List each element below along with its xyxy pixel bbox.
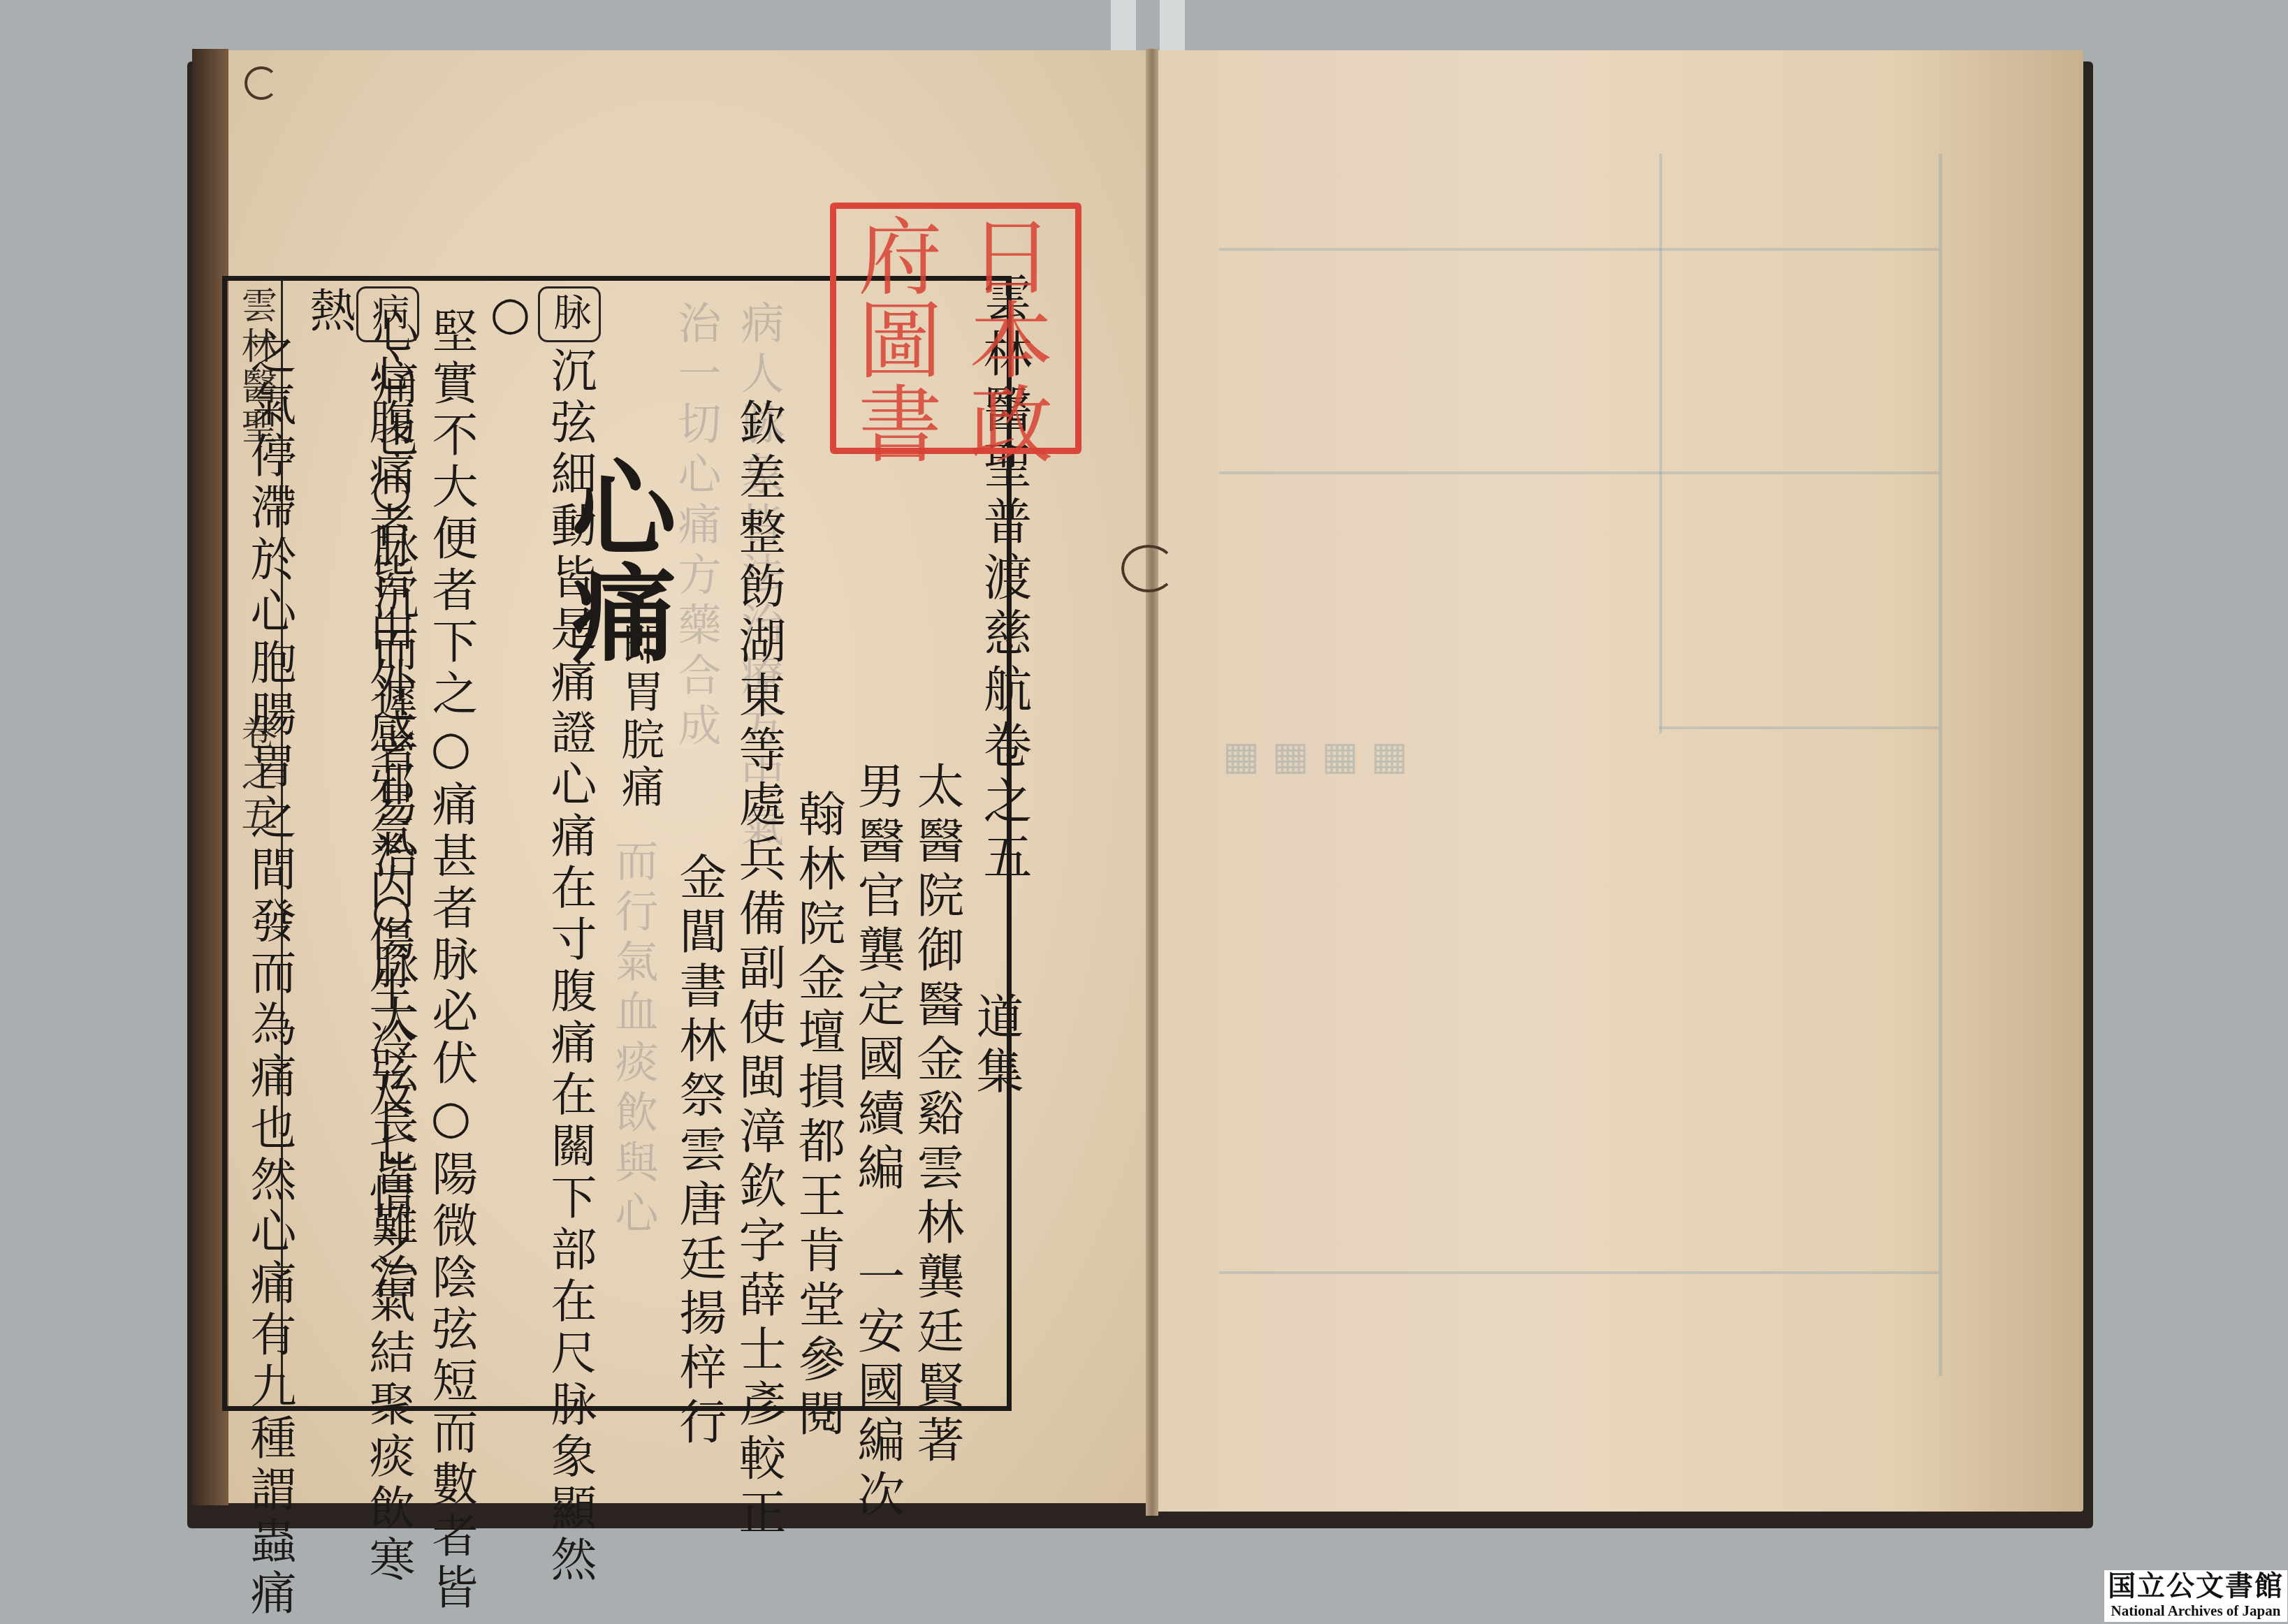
seal-character: 政 [970, 385, 1054, 469]
seal-character: 日 [970, 217, 1054, 301]
bleed-through-line [1219, 471, 1939, 474]
disease-label: 病 [356, 286, 419, 342]
bleed-through-line [1219, 1271, 1939, 1274]
seal-character: 本 [970, 301, 1054, 385]
bleed-through-line [1219, 248, 1939, 251]
body-column-5: 之氣停滯於心胞腸胃之間發而為痛也然心痛有九種謂蟲痛 [241, 328, 297, 1621]
body-text: 之氣停滯於心胞腸胃之間發而為痛也然心痛有九種謂蟲痛 [242, 328, 296, 1621]
archive-logo-en: National Archives of Japan [2104, 1602, 2287, 1619]
credit-column-reviewer: 翰林院金壇損都王肯堂參閱 [789, 789, 845, 1443]
body-text: 堅實不大便者下之○痛甚者脉必伏○陽微陰弦短而數者皆 [424, 307, 478, 1615]
body-text: 心腹痛者皆由外感邪氣内傷生冷及七情之氣結聚痰飲寒熱 [302, 286, 415, 1587]
bleed-through-line [1939, 154, 1942, 1376]
credit-column-corrector: 欽差整飭湖東等處兵備副使閩漳欽字薛士彥較正 [730, 398, 786, 1542]
seal-character: 書 [859, 385, 942, 469]
bleed-through-line [1659, 154, 1662, 733]
section-subheading: 即胃脘痛 [615, 622, 664, 812]
credit-column-editor: 男醫官龔定國續編 一安國編次 [849, 761, 905, 1524]
ownership-seal: 日 本 政 府 圖 書 [830, 203, 1081, 454]
credit-column-collection: 道集 [968, 992, 1023, 1101]
archive-logo: 国立公文書館 National Archives of Japan [2104, 1570, 2287, 1622]
bleed-through-text: ▦ ▦ ▦ ▦ [1223, 733, 1408, 779]
archive-logo-jp: 国立公文書館 [2104, 1570, 2287, 1602]
bleed-through-line [1659, 726, 1939, 729]
body-column-2: 堅實不大便者下之○痛甚者脉必伏○陽微陰弦短而數者皆 [423, 307, 479, 1615]
body-column-4: 病心腹痛者皆由外感邪氣内傷生冷及七情之氣結聚痰飲寒熱 [300, 286, 419, 1624]
credit-column-author: 太醫院御醫金谿雲林龔廷賢著 [908, 761, 964, 1470]
binding-thread [1121, 545, 1176, 592]
credit-column-publisher: 金閶書林祭雲唐廷揚梓行 [671, 852, 727, 1451]
pulse-label: 脉 [538, 286, 601, 342]
binding-thread [245, 66, 278, 100]
binding-gutter [1146, 49, 1158, 1516]
seal-character: 圖 [859, 301, 942, 385]
right-page [1154, 50, 2083, 1512]
seal-character: 府 [859, 217, 942, 301]
